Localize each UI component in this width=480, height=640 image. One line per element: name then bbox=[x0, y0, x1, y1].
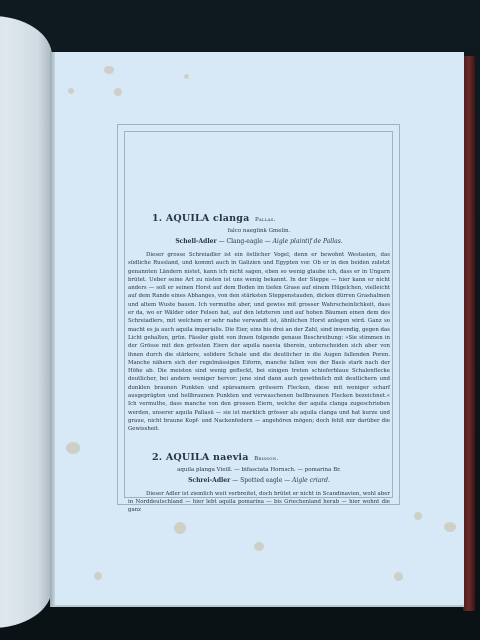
separator: — bbox=[219, 238, 225, 245]
body-paragraph: Dieser Adler ist ziemlich weit verbreite… bbox=[128, 490, 390, 515]
page-content: 1. AQUILA clanga Pallas. falco naeglink … bbox=[128, 213, 390, 514]
common-names-line: Schrei-Adler — Spotted eagle — Aigle cri… bbox=[128, 475, 390, 486]
section-aquila-clanga: 1. AQUILA clanga Pallas. falco naeglink … bbox=[128, 213, 390, 434]
french-name: Aigle plaintif de Pallas. bbox=[273, 238, 343, 245]
foxing-spot bbox=[184, 74, 189, 79]
foxing-spot bbox=[254, 542, 264, 551]
book-cover-edge bbox=[463, 56, 475, 611]
species-number: 1. bbox=[152, 213, 162, 224]
species-heading: 1. AQUILA clanga Pallas. bbox=[152, 213, 390, 226]
foxing-spot bbox=[444, 522, 456, 532]
german-name: Schrei-Adler bbox=[188, 477, 230, 484]
species-author: Brisson. bbox=[254, 456, 278, 462]
foxing-spot bbox=[394, 572, 403, 581]
book-gutter bbox=[50, 52, 55, 607]
english-name: Clang-eagle bbox=[226, 238, 262, 245]
synonyms-line: falco naeglink Gmelin. bbox=[128, 227, 390, 236]
common-names-line: Schell-Adler — Clang-eagle — Aigle plain… bbox=[128, 236, 390, 247]
separator: — bbox=[265, 238, 271, 245]
section-aquila-naevia: 2. AQUILA naevia Brisson. aquila planga … bbox=[128, 452, 390, 515]
separator: — bbox=[232, 477, 238, 484]
foxing-spot bbox=[104, 66, 114, 74]
species-name: clanga bbox=[213, 213, 249, 224]
foxing-spot bbox=[114, 88, 122, 96]
body-paragraph: Dieser grosse Schreiadler ist ein östlic… bbox=[128, 251, 390, 434]
foxing-spot bbox=[66, 442, 80, 454]
foxing-spot bbox=[174, 522, 186, 534]
synonyms-line: aquila planga Vieill. — bifasciata Horns… bbox=[128, 466, 390, 475]
foxing-spot bbox=[414, 512, 422, 520]
separator: — bbox=[284, 477, 290, 484]
foxing-spot bbox=[94, 572, 102, 580]
species-number: 2. bbox=[152, 452, 162, 463]
species-heading: 2. AQUILA naevia Brisson. bbox=[152, 452, 390, 465]
genus-name: AQUILA bbox=[166, 213, 210, 224]
english-name: Spotted eagle bbox=[240, 477, 282, 484]
species-name: naevia bbox=[213, 452, 249, 463]
foxing-spot bbox=[68, 88, 74, 94]
species-author: Pallas. bbox=[255, 217, 276, 223]
left-page-curl bbox=[0, 16, 52, 628]
genus-name: AQUILA bbox=[166, 452, 210, 463]
german-name: Schell-Adler bbox=[175, 238, 216, 245]
french-name: Aigle criard. bbox=[292, 477, 330, 484]
